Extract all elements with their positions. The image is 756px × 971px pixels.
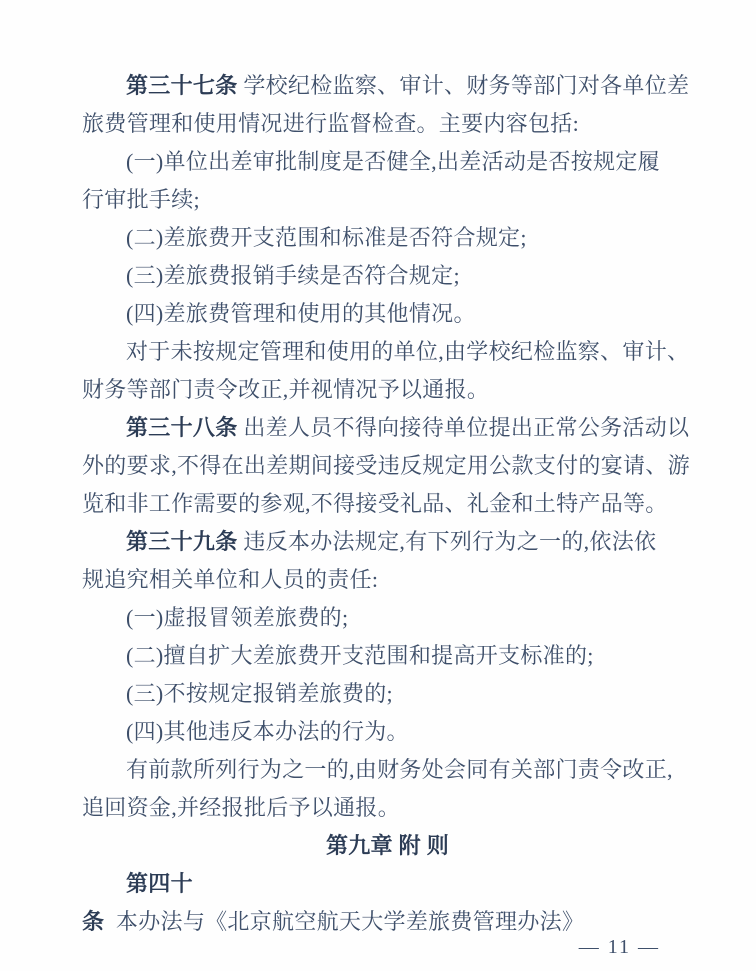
- document-line: (一)虚报冒领差旅费的;: [82, 599, 693, 637]
- line-text: (四)其他违反本办法的行为。: [126, 719, 409, 744]
- document-page: 第三十七条 学校纪检监察、审计、财务等部门对各单位差旅费管理和使用情况进行监督检…: [0, 0, 756, 971]
- document-line: 第三十九条 违反本办法规定,有下列行为之一的,依法依: [82, 523, 693, 561]
- document-line: (三)差旅费报销手续是否符合规定;: [82, 257, 693, 295]
- document-line: 有前款所列行为之一的,由财务处会同有关部门责令改正,: [82, 751, 693, 789]
- line-text: (一)虚报冒领差旅费的;: [126, 605, 348, 630]
- document-line: (一)单位出差审批制度是否健全,出差活动是否按规定履: [82, 143, 693, 181]
- document-line: 外的要求,不得在出差期间接受违反规定用公款支付的宴请、游: [82, 447, 693, 485]
- line-text: 旅费管理和使用情况进行监督检查。主要内容包括:: [82, 111, 579, 136]
- line-text: 财务等部门责令改正,并视情况予以通报。: [82, 377, 489, 402]
- document-line: 财务等部门责令改正,并视情况予以通报。: [82, 371, 693, 409]
- document-line: 对于未按规定管理和使用的单位,由学校纪检监察、审计、: [82, 333, 693, 371]
- article-number-bold: 第三十九条: [126, 529, 238, 554]
- line-text: (二)差旅费开支范围和标准是否符合规定;: [126, 225, 527, 250]
- document-line: (三)不按规定报销差旅费的;: [82, 675, 693, 713]
- document-line: 览和非工作需要的参观,不得接受礼品、礼金和土特产品等。: [82, 485, 693, 523]
- line-text: 外的要求,不得在出差期间接受违反规定用公款支付的宴请、游: [82, 453, 690, 478]
- line-text: 追回资金,并经报批后予以通报。: [82, 795, 400, 820]
- line-text: (三)不按规定报销差旅费的;: [126, 681, 393, 706]
- page-number: — 11 —: [579, 936, 660, 959]
- line-text: 行审批手续;: [82, 187, 200, 212]
- document-body: 第三十七条 学校纪检监察、审计、财务等部门对各单位差旅费管理和使用情况进行监督检…: [82, 67, 693, 903]
- line-text: 览和非工作需要的参观,不得接受礼品、礼金和土特产品等。: [82, 491, 668, 516]
- document-line: (四)其他违反本办法的行为。: [82, 713, 693, 751]
- document-line: 规追究相关单位和人员的责任:: [82, 561, 693, 599]
- line-text: 学校纪检监察、审计、财务等部门对各单位差: [238, 73, 690, 98]
- document-line: (二)擅自扩大差旅费开支范围和提高开支标准的;: [82, 637, 693, 675]
- document-line: 第三十七条 学校纪检监察、审计、财务等部门对各单位差: [82, 67, 693, 105]
- article-number-bold: 第三十八条: [126, 415, 238, 440]
- line-text: 规追究相关单位和人员的责任:: [82, 567, 378, 592]
- line-text: 出差人员不得向接待单位提出正常公务活动以: [238, 415, 690, 440]
- line-text: (三)差旅费报销手续是否符合规定;: [126, 263, 460, 288]
- line-text: (一)单位出差审批制度是否健全,出差活动是否按规定履: [126, 149, 660, 174]
- article-number-bold: 第九章 附 则: [326, 833, 449, 858]
- document-line: 旅费管理和使用情况进行监督检查。主要内容包括:: [82, 105, 693, 143]
- document-line: 第四十条 本办法与《北京航空航天大学差旅费管理办法》: [82, 865, 693, 903]
- line-text: 违反本办法规定,有下列行为之一的,依法依: [238, 529, 657, 554]
- document-line: 行审批手续;: [82, 181, 693, 219]
- line-text: 对于未按规定管理和使用的单位,由学校纪检监察、审计、: [126, 339, 689, 364]
- document-line: 第九章 附 则: [82, 827, 693, 865]
- document-line: 第三十八条 出差人员不得向接待单位提出正常公务活动以: [82, 409, 693, 447]
- document-line: 追回资金,并经报批后予以通报。: [82, 789, 693, 827]
- article-number-bold: 第三十七条: [126, 73, 238, 98]
- line-text: 本办法与《北京航空航天大学差旅费管理办法》: [104, 909, 584, 934]
- line-text: 有前款所列行为之一的,由财务处会同有关部门责令改正,: [126, 757, 673, 782]
- line-text: (四)差旅费管理和使用的其他情况。: [126, 301, 476, 326]
- line-text: (二)擅自扩大差旅费开支范围和提高开支标准的;: [126, 643, 594, 668]
- document-line: (二)差旅费开支范围和标准是否符合规定;: [82, 219, 693, 257]
- document-line: (四)差旅费管理和使用的其他情况。: [82, 295, 693, 333]
